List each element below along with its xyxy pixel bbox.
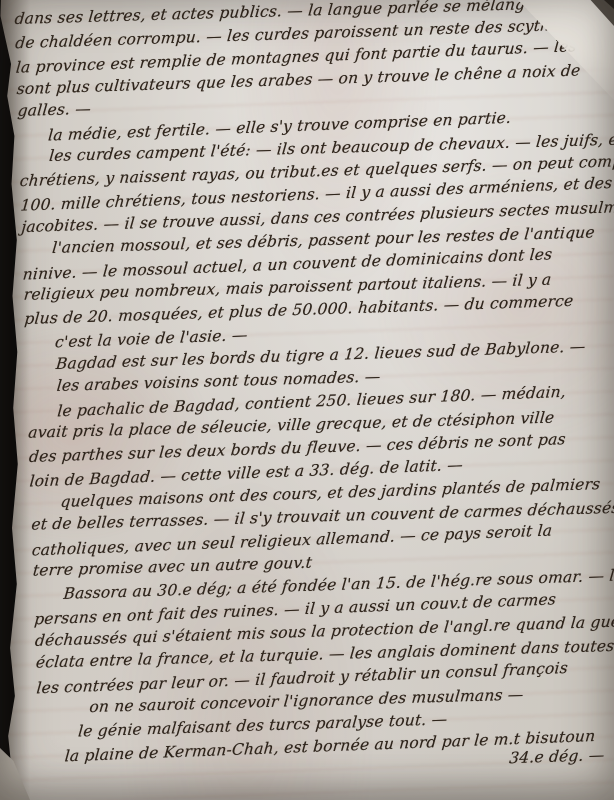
manuscript-page-text: dans ses lettres, et actes publics. — la…	[14, 0, 614, 786]
manuscript-photo: dans ses lettres, et actes publics. — la…	[0, 0, 614, 800]
